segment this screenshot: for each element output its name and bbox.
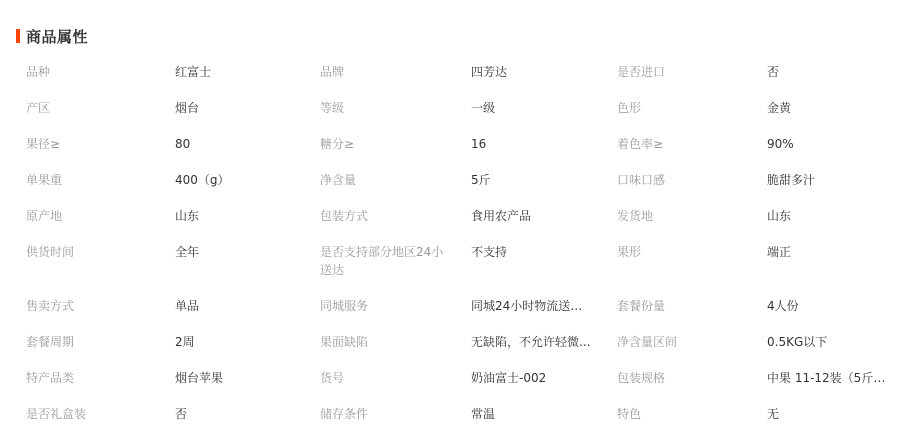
attributes-table: 品种 红富士 品牌 四芳达 是否进口 否 产区 烟台 等级 一级 色形 金黄 果… — [0, 54, 901, 430]
attr-value: 红富士 — [175, 63, 211, 81]
attr-label: 等级 — [320, 99, 344, 117]
attr-label: 原产地 — [26, 207, 62, 225]
attr-label: 套餐份量 — [617, 297, 665, 315]
attr-value: 烟台苹果 — [175, 369, 223, 387]
attr-label: 包装方式 — [320, 207, 368, 225]
attr-value: 中果 11-12装（5斤）... — [767, 369, 893, 387]
attr-label: 供货时间 — [26, 243, 74, 261]
attr-value: 同城24小时物流送货... — [471, 297, 593, 315]
table-row: 供货时间 全年 是否支持部分地区24小送达 不支持 果形 端正 — [0, 234, 901, 288]
table-row: 是否礼盒装 否 储存条件 常温 特色 无 — [0, 396, 901, 430]
attr-value: 山东 — [767, 207, 893, 225]
section-title: 商品属性 — [26, 26, 88, 47]
attr-value: 食用农产品 — [471, 207, 593, 225]
attr-value: 400（g） — [175, 171, 230, 189]
attr-value: 全年 — [175, 243, 199, 261]
attr-label: 色形 — [617, 99, 641, 117]
attr-label: 口味口感 — [617, 171, 665, 189]
attr-label: 是否礼盒装 — [26, 405, 86, 423]
attr-value: 无缺陷，不允许轻微... — [471, 333, 593, 351]
table-row: 产区 烟台 等级 一级 色形 金黄 — [0, 90, 901, 126]
attr-value: 金黄 — [767, 99, 893, 117]
attr-value: 烟台 — [175, 99, 199, 117]
attr-label: 特产品类 — [26, 369, 74, 387]
attr-label: 品种 — [26, 63, 50, 81]
attr-label: 着色率≥ — [617, 135, 663, 153]
attr-value: 否 — [767, 63, 893, 81]
attr-label: 净含量区间 — [617, 333, 677, 351]
attr-label: 是否支持部分地区24小送达 — [320, 243, 450, 279]
attr-label: 果径≥ — [26, 135, 60, 153]
attr-label: 果形 — [617, 243, 641, 261]
table-row: 单果重 400（g） 净含量 5斤 口味口感 脆甜多汁 — [0, 162, 901, 198]
attr-label: 套餐周期 — [26, 333, 74, 351]
section-header: 商品属性 — [16, 27, 88, 45]
attr-label: 果面缺陷 — [320, 333, 368, 351]
attr-label: 发货地 — [617, 207, 653, 225]
attr-label: 同城服务 — [320, 297, 368, 315]
attr-label: 糖分≥ — [320, 135, 354, 153]
product-attributes-panel: 商品属性 品种 红富士 品牌 四芳达 是否进口 否 产区 烟台 等级 一级 色形… — [0, 0, 901, 430]
attr-value: 4人份 — [767, 297, 893, 315]
attr-value: 奶油富士-002 — [471, 369, 593, 387]
attr-label: 产区 — [26, 99, 50, 117]
attr-label: 是否进口 — [617, 63, 665, 81]
attr-value: 16 — [471, 135, 593, 153]
attr-value: 四芳达 — [471, 63, 593, 81]
accent-bar — [16, 29, 20, 43]
attr-label: 包装规格 — [617, 369, 665, 387]
table-row: 果径≥ 80 糖分≥ 16 着色率≥ 90% — [0, 126, 901, 162]
attr-value: 否 — [175, 405, 187, 423]
attr-value: 一级 — [471, 99, 593, 117]
attr-value: 90% — [767, 135, 893, 153]
table-row: 原产地 山东 包装方式 食用农产品 发货地 山东 — [0, 198, 901, 234]
attr-value: 脆甜多汁 — [767, 171, 893, 189]
attr-value: 5斤 — [471, 171, 593, 189]
table-row: 套餐周期 2周 果面缺陷 无缺陷，不允许轻微... 净含量区间 0.5KG以下 — [0, 324, 901, 360]
attr-value: 无 — [767, 405, 893, 423]
attr-label: 储存条件 — [320, 405, 368, 423]
attr-label: 品牌 — [320, 63, 344, 81]
attr-label: 特色 — [617, 405, 641, 423]
table-row: 特产品类 烟台苹果 货号 奶油富士-002 包装规格 中果 11-12装（5斤）… — [0, 360, 901, 396]
attr-label: 净含量 — [320, 171, 356, 189]
attr-value: 常温 — [471, 405, 593, 423]
attr-value: 端正 — [767, 243, 893, 261]
table-row: 售卖方式 单品 同城服务 同城24小时物流送货... 套餐份量 4人份 — [0, 288, 901, 324]
attr-value: 2周 — [175, 333, 195, 351]
attr-value: 0.5KG以下 — [767, 333, 893, 351]
attr-label: 售卖方式 — [26, 297, 74, 315]
attr-value: 单品 — [175, 297, 199, 315]
attr-label: 货号 — [320, 369, 344, 387]
table-row: 品种 红富士 品牌 四芳达 是否进口 否 — [0, 54, 901, 90]
attr-label: 单果重 — [26, 171, 62, 189]
attr-value: 山东 — [175, 207, 199, 225]
attr-value: 80 — [175, 135, 190, 153]
attr-value: 不支持 — [471, 243, 593, 261]
